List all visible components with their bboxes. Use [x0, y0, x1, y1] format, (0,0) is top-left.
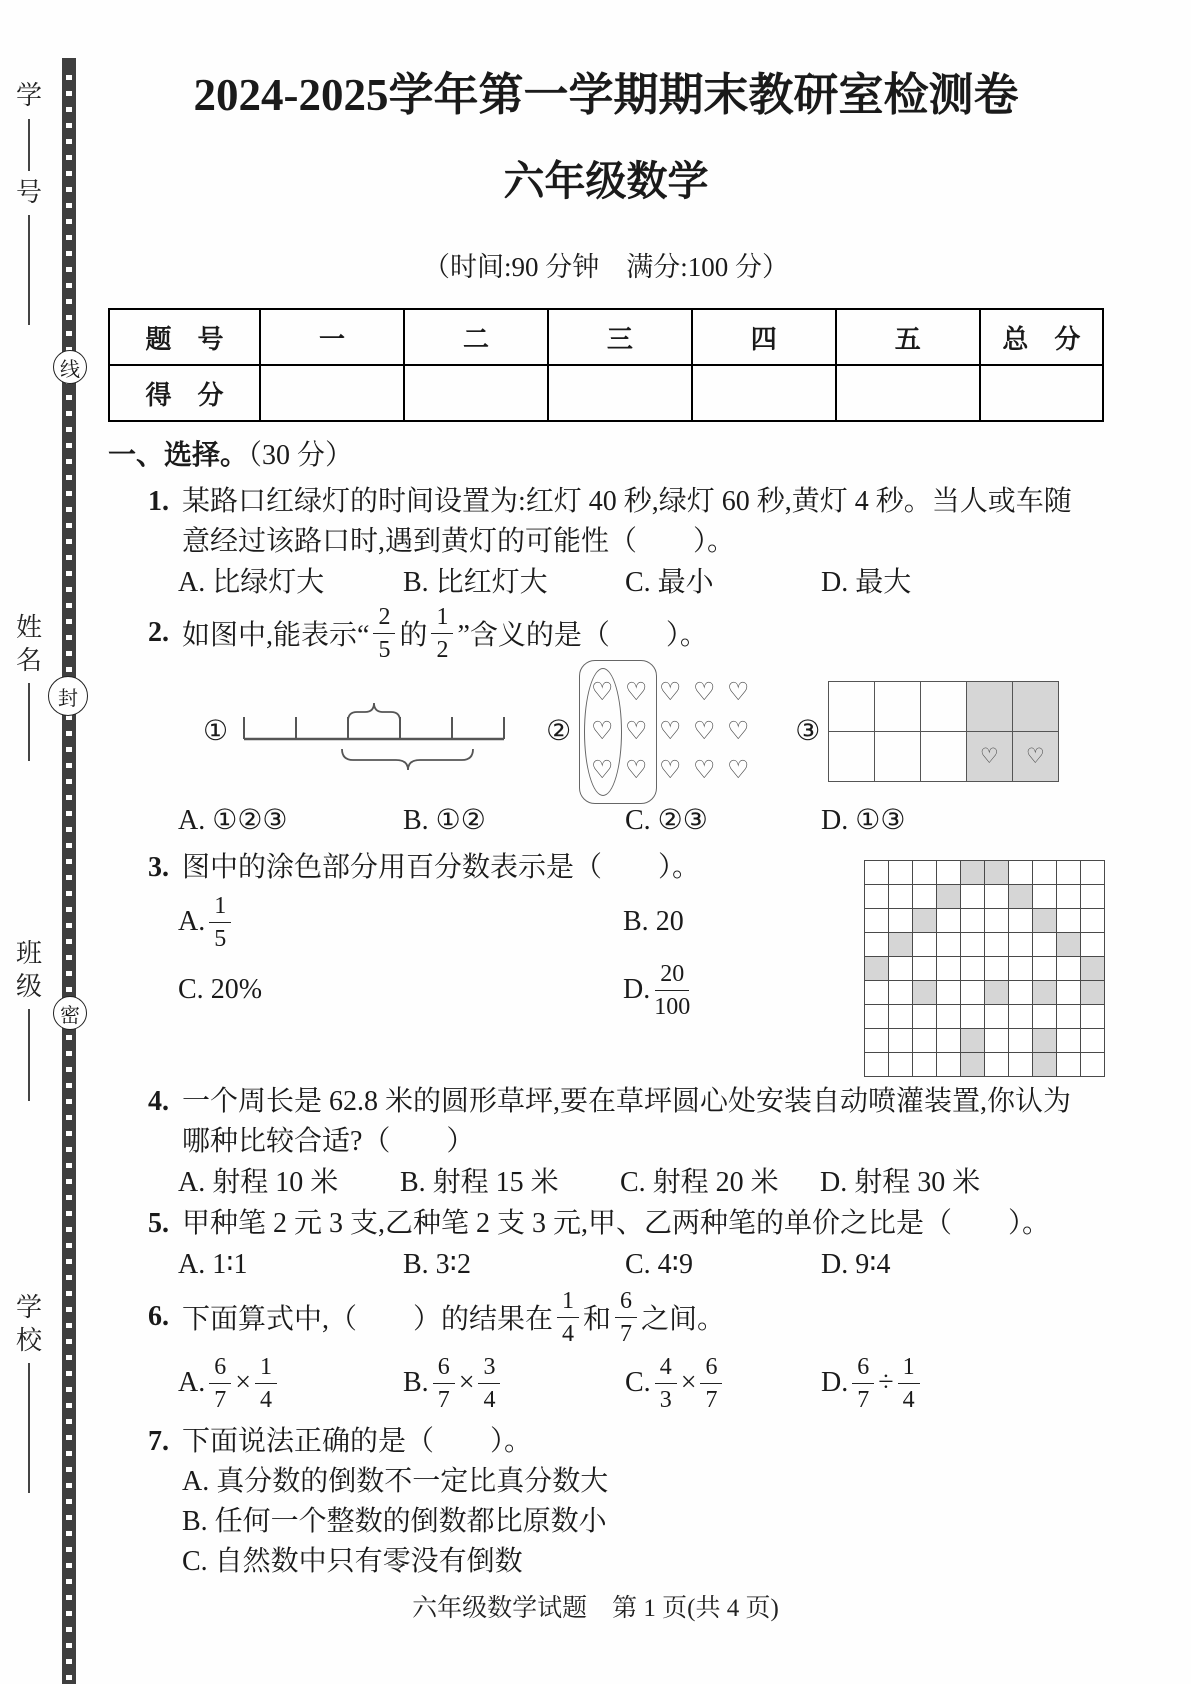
option-c: C. 4∶9 — [625, 1244, 821, 1286]
option-b: B. 比红灯大 — [403, 562, 625, 604]
section-heading: 一、选择。（30 分） — [108, 438, 1104, 474]
option-c: C. 最小 — [625, 562, 821, 604]
grid-cell — [984, 956, 1009, 981]
grid-cell — [864, 932, 889, 957]
grid-cell — [888, 860, 913, 885]
grid-cell: ♡ — [966, 731, 1013, 782]
figure-1-number-line — [236, 681, 516, 781]
grid-cell — [966, 681, 1013, 732]
grid-cell — [1056, 860, 1081, 885]
question-number: 4. — [148, 1082, 182, 1122]
grid-cell — [936, 980, 961, 1005]
question-number: 3. — [148, 848, 182, 888]
question-text: 如图中,能表示“ — [182, 613, 369, 653]
operator: ÷ — [878, 1367, 893, 1399]
field-char: 学 — [16, 80, 42, 113]
grid-cell — [936, 884, 961, 909]
grid-cell — [1012, 681, 1059, 732]
grid-cell — [1032, 884, 1057, 909]
class-field: 班 级 — [16, 938, 42, 1107]
grid-cell — [960, 1004, 985, 1029]
option-a: A. 67 × 14 — [178, 1348, 403, 1418]
grid-cell — [984, 908, 1009, 933]
heart-icon: ♡ — [687, 711, 721, 750]
grid-cell — [984, 932, 1009, 957]
grid-cell — [1080, 980, 1105, 1005]
fraction: 14 — [557, 1289, 579, 1346]
time-note: （时间:90 分钟 满分:100 分） — [108, 250, 1104, 284]
score-header-cell: 四 — [692, 309, 836, 365]
option-a: A. 1∶1 — [178, 1244, 403, 1286]
option-d: D. 67 ÷ 14 — [821, 1348, 1104, 1418]
option-c: C. 射程 20 米 — [620, 1162, 820, 1204]
question-text: 和 — [583, 1297, 611, 1337]
grid-cell — [1032, 1028, 1057, 1053]
grid-cell — [1032, 1052, 1057, 1077]
seal-mark-mi-label: 密 — [60, 999, 80, 1028]
grid-cell — [936, 932, 961, 957]
field-char: 名 — [16, 645, 42, 678]
grid-cell — [1008, 1004, 1033, 1029]
grid-cell — [874, 731, 921, 782]
seal-mark-mi: 密 — [53, 996, 87, 1030]
name-field: 姓 名 — [16, 612, 42, 767]
seal-mark-xian: 线 — [53, 350, 87, 384]
question-2-figures: ① ② ♡♡♡♡♡♡♡♡♡♡♡♡♡♡♡ — [108, 662, 1104, 800]
heart-icon: ♡ — [653, 750, 687, 789]
grid-cell — [888, 1028, 913, 1053]
grid-cell — [960, 884, 985, 909]
question-text: 某路口红绿灯的时间设置为:红灯 40 秒,绿灯 60 秒,黄灯 4 秒。当人或车… — [182, 486, 1072, 517]
grid-cell — [1056, 1052, 1081, 1077]
score-cell — [548, 365, 692, 421]
fraction: 67 — [615, 1289, 637, 1346]
field-char: 号 — [16, 177, 42, 210]
option-c: C. ②③ — [625, 800, 821, 842]
grid-cell — [912, 956, 937, 981]
grid-cell — [912, 1004, 937, 1029]
grid-cell — [888, 932, 913, 957]
grid-cell — [912, 1028, 937, 1053]
question-number: 5. — [148, 1204, 182, 1244]
grid-cell — [864, 980, 889, 1005]
grid-cell — [936, 1052, 961, 1077]
question-number: 1. — [148, 482, 182, 522]
grid-cell — [960, 956, 985, 981]
question-1: 1.某路口红绿灯的时间设置为:红灯 40 秒,绿灯 60 秒,黄灯 4 秒。当人… — [108, 482, 1104, 604]
hearts-grid: ♡♡♡♡♡♡♡♡♡♡♡♡♡♡♡ — [585, 672, 755, 789]
grid-cell — [1056, 884, 1081, 909]
school-field: 学 校 — [16, 1292, 42, 1499]
question-text: 意经过该路口时,遇到黄灯的可能性（ ）。 — [108, 522, 1104, 562]
score-table-header-row: 题 号 一 二 三 四 五 总 分 — [109, 309, 1103, 365]
grid-cell — [936, 1004, 961, 1029]
figure-2-label: ② — [546, 714, 571, 748]
grid-cell — [1056, 1004, 1081, 1029]
grid-cell — [1008, 884, 1033, 909]
page-subtitle: 六年级数学 — [108, 156, 1104, 206]
operator: × — [681, 1367, 697, 1399]
question-6: 6. 下面算式中,（ ）的结果在 14 和 67 之间。 A. 67 × 14 … — [108, 1286, 1104, 1418]
grid-cell — [874, 681, 921, 732]
operator: × — [235, 1367, 251, 1399]
seal-mark-feng: 封 — [48, 676, 88, 716]
grid-cell — [912, 932, 937, 957]
field-rule — [28, 215, 30, 325]
grid-cell — [1056, 1028, 1081, 1053]
score-cell — [980, 365, 1103, 421]
score-cell — [836, 365, 980, 421]
grid-cell — [864, 956, 889, 981]
option-d: D. ①③ — [821, 800, 1104, 842]
heart-icon: ♡ — [687, 750, 721, 789]
question-number: 6. — [148, 1301, 182, 1333]
exam-paper: 线 封 密 学 号 姓 名 班 级 学 校 2024-2025学年第一学期期末教… — [0, 0, 1191, 1684]
operator: × — [459, 1367, 475, 1399]
question-text: 图中的涂色部分用百分数表示是（ ）。 — [182, 852, 700, 883]
grid-cell — [1032, 932, 1057, 957]
question-number: 7. — [148, 1422, 182, 1462]
grid-cell — [1032, 1004, 1057, 1029]
grid-cell — [984, 1028, 1009, 1053]
heart-icon: ♡ — [721, 750, 755, 789]
field-rule — [28, 1363, 30, 1493]
question-text: 下面算式中,（ ）的结果在 — [182, 1297, 553, 1337]
paper-content: 2024-2025学年第一学期期末教研室检测卷 六年级数学 （时间:90 分钟 … — [108, 66, 1104, 1582]
grid-cell — [960, 1052, 985, 1077]
grid-cell — [1056, 980, 1081, 1005]
score-cell — [260, 365, 404, 421]
grid-cell — [888, 980, 913, 1005]
student-number-field: 学 号 — [16, 80, 42, 331]
figure-2-hearts: ♡♡♡♡♡♡♡♡♡♡♡♡♡♡♡ — [579, 670, 755, 792]
question-text: 下面说法正确的是（ ）。 — [182, 1426, 532, 1457]
heart-icon: ♡ — [585, 711, 619, 750]
grid-cell — [1032, 908, 1057, 933]
grid-cell — [828, 731, 875, 782]
question-7: 7.下面说法正确的是（ ）。 A. 真分数的倒数不一定比真分数大 B. 任何一个… — [108, 1422, 1104, 1582]
heart-icon: ♡ — [721, 711, 755, 750]
binding-strip — [62, 58, 76, 1684]
grid-cell — [1080, 956, 1105, 981]
grid-cell — [984, 1004, 1009, 1029]
figure-1-label: ① — [203, 714, 228, 748]
question-text: 哪种比较合适?（ ） — [108, 1122, 1104, 1162]
question-text: 的 — [399, 613, 427, 653]
grid-cell — [864, 884, 889, 909]
grid-cell — [864, 1052, 889, 1077]
fraction: 12 — [431, 605, 453, 662]
grid-cell — [960, 908, 985, 933]
question-text: 之间。 — [641, 1297, 725, 1337]
question-text: 甲种笔 2 元 3 支,乙种笔 2 支 3 元,甲、乙两种笔的单价之比是（ ）。 — [182, 1208, 1050, 1239]
grid-cell — [1008, 860, 1033, 885]
score-header-cell: 五 — [836, 309, 980, 365]
score-row-label: 得 分 — [109, 365, 260, 421]
option-a: A. ①②③ — [178, 800, 403, 842]
question-3: 3.图中的涂色部分用百分数表示是（ ）。 A. 15 B. 20 C. 20% … — [108, 848, 1104, 1024]
grid-cell — [1032, 956, 1057, 981]
grid-cell — [1056, 908, 1081, 933]
grid-cell — [1008, 956, 1033, 981]
grid-cell — [864, 1028, 889, 1053]
option-d: D. 射程 30 米 — [820, 1162, 1104, 1204]
score-header-cell: 总 分 — [980, 309, 1103, 365]
grid-cell — [1080, 1004, 1105, 1029]
grid-cell — [960, 860, 985, 885]
score-table: 题 号 一 二 三 四 五 总 分 得 分 — [108, 308, 1104, 422]
grid-cell — [960, 932, 985, 957]
section-heading-score: （30 分） — [248, 440, 353, 471]
grid-cell — [1080, 908, 1105, 933]
figure-3-label: ③ — [795, 714, 820, 748]
shaded-percent-grid — [864, 860, 1104, 1076]
grid-cell — [936, 908, 961, 933]
question-text: 一个周长是 62.8 米的圆形草坪,要在草坪圆心处安装自动喷灌装置,你认为 — [182, 1086, 1071, 1117]
option-c: C. 自然数中只有零没有倒数 — [108, 1542, 1104, 1582]
option-b: B. 射程 15 米 — [400, 1162, 620, 1204]
field-char: 班 — [16, 938, 42, 971]
grid-cell — [888, 1052, 913, 1077]
score-cell — [692, 365, 836, 421]
fraction: 20100 — [654, 962, 690, 1019]
score-header-cell: 一 — [260, 309, 404, 365]
field-rule — [28, 119, 30, 171]
question-number: 2. — [148, 617, 182, 649]
heart-icon: ♡ — [653, 711, 687, 750]
question-4: 4.一个周长是 62.8 米的圆形草坪,要在草坪圆心处安装自动喷灌装置,你认为 … — [108, 1082, 1104, 1204]
heart-icon: ♡ — [653, 672, 687, 711]
grid-cell — [1032, 860, 1057, 885]
grid-cell — [920, 731, 967, 782]
grid-cell — [1008, 1028, 1033, 1053]
option-a: A. 射程 10 米 — [178, 1162, 400, 1204]
option-c: C. 20% — [178, 956, 623, 1024]
grid-cell — [1080, 932, 1105, 957]
grid-cell — [960, 980, 985, 1005]
grid-cell — [888, 956, 913, 981]
grid-cell — [828, 681, 875, 732]
option-a: A. 真分数的倒数不一定比真分数大 — [108, 1462, 1104, 1502]
heart-icon: ♡ — [721, 672, 755, 711]
option-a: A. 15 — [178, 888, 623, 956]
heart-icon: ♡ — [585, 750, 619, 789]
figure-3-rect-grid: ♡♡ — [828, 681, 1058, 781]
field-char: 校 — [16, 1325, 42, 1358]
grid-cell — [936, 860, 961, 885]
section-heading-main: 一、选择。 — [108, 440, 248, 471]
score-header-cell: 三 — [548, 309, 692, 365]
heart-icon: ♡ — [687, 672, 721, 711]
grid-cell — [864, 1004, 889, 1029]
grid-cell — [888, 884, 913, 909]
grid-cell — [960, 1028, 985, 1053]
option-c: C. 43 × 67 — [625, 1348, 821, 1418]
grid-cell — [1032, 980, 1057, 1005]
grid-cell — [936, 1028, 961, 1053]
heart-icon: ♡ — [619, 711, 653, 750]
grid-cell — [1008, 908, 1033, 933]
seal-mark-feng-label: 封 — [58, 682, 78, 711]
field-char: 姓 — [16, 612, 42, 645]
field-char: 级 — [16, 971, 42, 1004]
footer-page-info: 六年级数学试题 第 1 页(共 4 页) — [0, 1588, 1191, 1624]
grid-cell — [984, 1052, 1009, 1077]
option-b: B. 67 × 34 — [403, 1348, 625, 1418]
grid-cell — [1080, 1052, 1105, 1077]
grid-cell — [864, 908, 889, 933]
grid-cell — [1008, 1052, 1033, 1077]
grid-cell — [912, 1052, 937, 1077]
fraction: 25 — [373, 605, 395, 662]
field-rule — [28, 1009, 30, 1101]
score-table-score-row: 得 分 — [109, 365, 1103, 421]
grid-cell — [1080, 1028, 1105, 1053]
heart-icon: ♡ — [619, 750, 653, 789]
grid-cell — [1056, 932, 1081, 957]
grid-cell: ♡ — [1012, 731, 1059, 782]
question-2: 2. 如图中,能表示“ 25 的 12 ”含义的是（ ）。 ① — [108, 604, 1104, 842]
option-a: A. 比绿灯大 — [178, 562, 403, 604]
heart-icon: ♡ — [585, 672, 619, 711]
score-cell — [404, 365, 548, 421]
grid-cell — [864, 860, 889, 885]
field-char: 学 — [16, 1292, 42, 1325]
field-rule — [28, 683, 30, 761]
grid-cell — [1056, 956, 1081, 981]
grid-cell — [912, 860, 937, 885]
grid-cell — [984, 860, 1009, 885]
grid-cell — [888, 908, 913, 933]
grid-cell — [912, 884, 937, 909]
question-text: ”含义的是（ ）。 — [457, 613, 707, 653]
seal-mark-xian-label: 线 — [60, 353, 80, 382]
heart-icon: ♡ — [619, 672, 653, 711]
grid-cell — [1080, 884, 1105, 909]
option-b: B. 任何一个整数的倒数都比原数小 — [108, 1502, 1104, 1542]
grid-cell — [1008, 932, 1033, 957]
grid-cell — [888, 1004, 913, 1029]
grid-cell — [936, 956, 961, 981]
grid-cell — [920, 681, 967, 732]
score-header-cell: 二 — [404, 309, 548, 365]
grid-cell — [1008, 980, 1033, 1005]
page-title: 2024-2025学年第一学期期末教研室检测卷 — [108, 66, 1104, 124]
grid-cell — [984, 884, 1009, 909]
grid-cell — [1080, 860, 1105, 885]
question-5: 5.甲种笔 2 元 3 支,乙种笔 2 支 3 元,甲、乙两种笔的单价之比是（ … — [108, 1204, 1104, 1286]
fraction: 15 — [209, 894, 231, 951]
grid-cell — [912, 980, 937, 1005]
option-b: B. 3∶2 — [403, 1244, 625, 1286]
option-d: D. 最大 — [821, 562, 1104, 604]
option-d: D. 9∶4 — [821, 1244, 1104, 1286]
score-header-cell: 题 号 — [109, 309, 260, 365]
grid-cell — [912, 908, 937, 933]
option-b: B. ①② — [403, 800, 625, 842]
grid-cell — [984, 980, 1009, 1005]
